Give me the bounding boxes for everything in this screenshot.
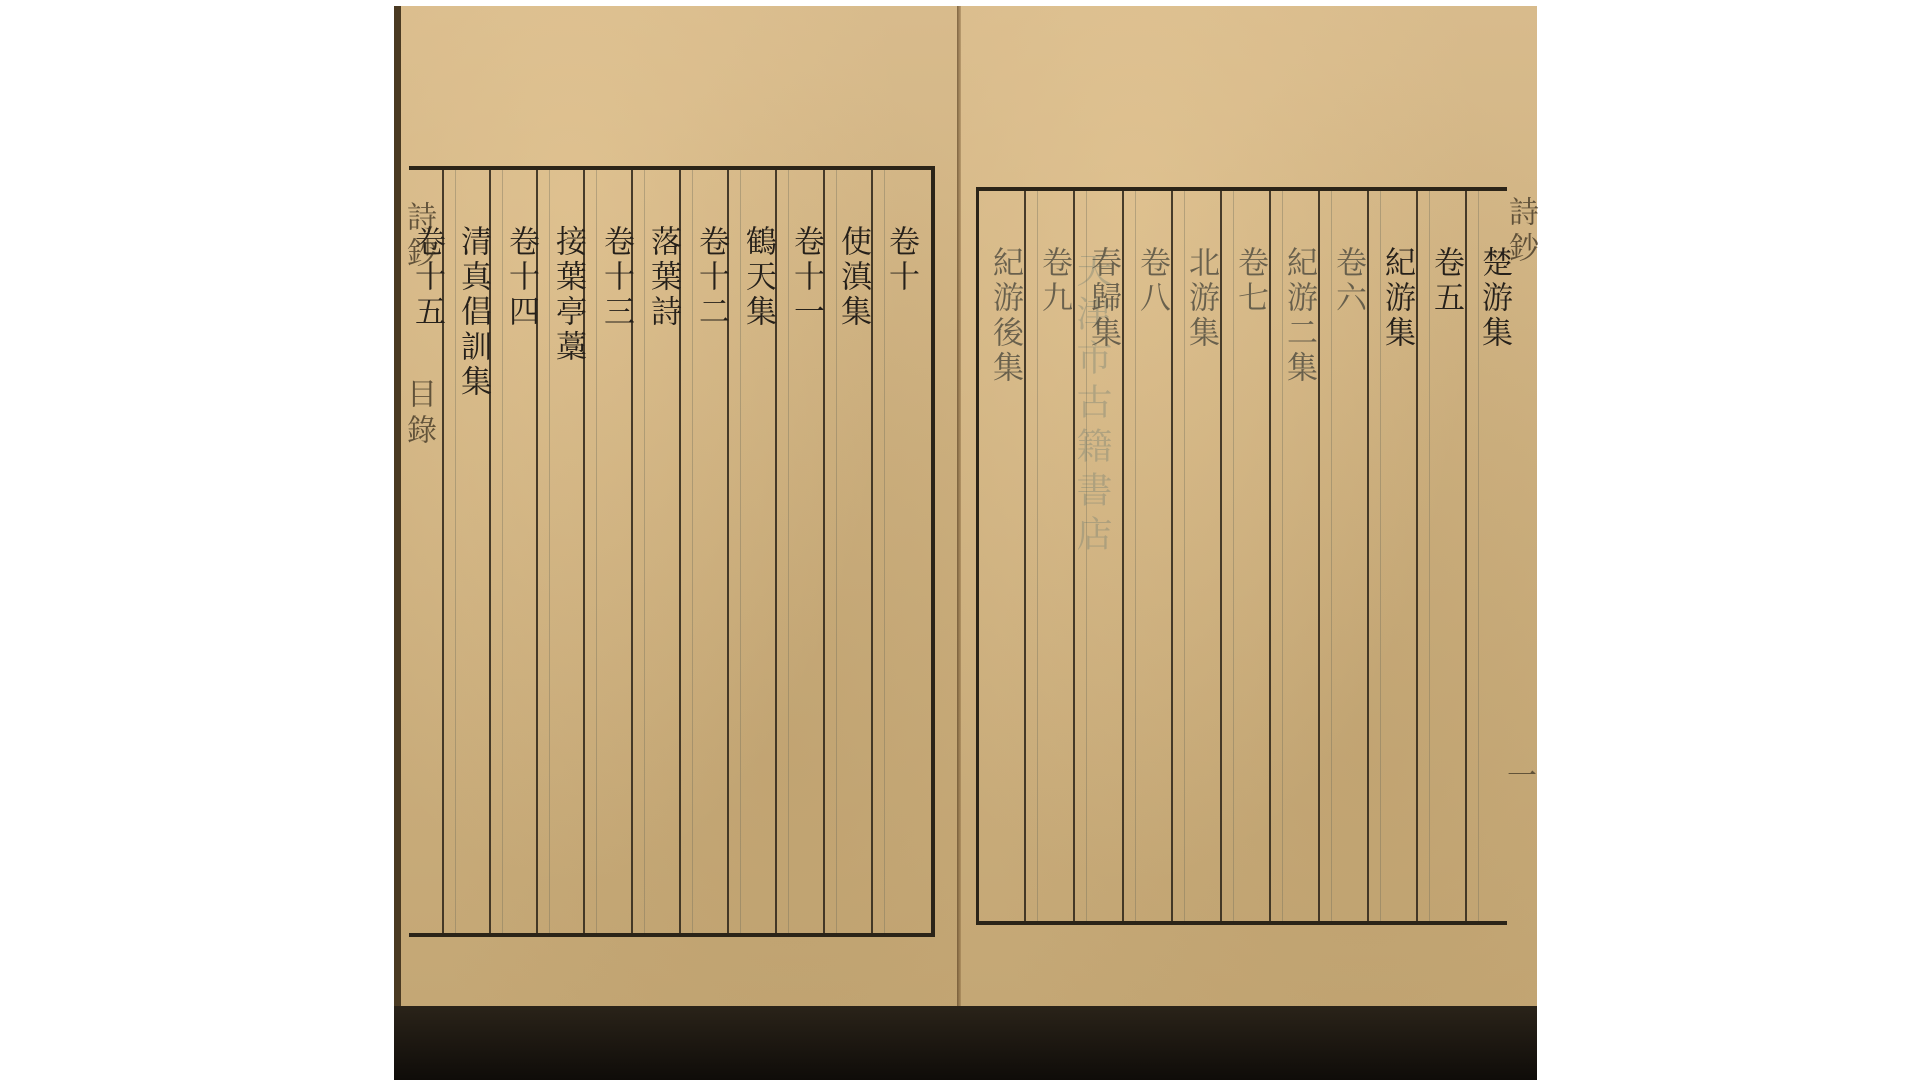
toc-title-luoye-shi: 落葉詩	[641, 225, 685, 330]
scan-bottom-shadow	[394, 1006, 1537, 1080]
toc-volume-8: 卷八	[1130, 246, 1174, 316]
toc-volume-13: 卷十三	[594, 225, 638, 330]
toc-title-shidian-ji: 使滇集	[831, 225, 875, 330]
right-page-frame: 楚游集 卷五 紀游集 卷六 紀游二集 卷七 北游集 卷八 春歸集 卷九 紀游後集	[976, 187, 1507, 925]
open-book: 卷十 使滇集 卷十一 鶴天集 卷十二 落葉詩 卷十三 接葉亭藁 卷十四 清真倡訓…	[394, 6, 1537, 1080]
folio-number: 一	[1507, 751, 1537, 795]
toc-volume-9: 卷九	[1032, 246, 1076, 316]
toc-volume-14: 卷十四	[499, 225, 543, 330]
toc-volume-11: 卷十一	[784, 225, 828, 330]
margin-section-label: 目錄	[403, 378, 433, 450]
margin-book-title-right: 詩鈔	[1505, 196, 1535, 268]
toc-volume-10: 卷十	[879, 225, 923, 295]
toc-title-beiyou-ji: 北游集	[1179, 246, 1223, 351]
toc-volume-6: 卷六	[1326, 246, 1370, 316]
toc-volume-7: 卷七	[1228, 246, 1272, 316]
toc-title-jiyou-houji: 紀游後集	[983, 246, 1027, 386]
toc-title-hetian-ji: 鶴天集	[736, 225, 780, 330]
toc-title-jiyou-erji: 紀游二集	[1277, 246, 1321, 386]
toc-volume-5: 卷五	[1424, 246, 1468, 316]
toc-volume-12: 卷十二	[689, 225, 733, 330]
margin-book-title: 詩鈔	[403, 201, 433, 273]
left-page-frame: 卷十 使滇集 卷十一 鶴天集 卷十二 落葉詩 卷十三 接葉亭藁 卷十四 清真倡訓…	[409, 166, 935, 937]
toc-title-jieyeting-gao: 接葉亭藁	[546, 225, 590, 365]
right-page: 天津市古籍書店 楚游集 卷五 紀游集 卷六 紀游	[961, 6, 1537, 1006]
toc-title-qingzhen-changxun-ji: 清真倡訓集	[451, 225, 495, 400]
toc-title-jiyou-ji: 紀游集	[1375, 246, 1419, 351]
toc-title-chungui-ji: 春歸集	[1081, 246, 1125, 351]
left-page: 卷十 使滇集 卷十一 鶴天集 卷十二 落葉詩 卷十三 接葉亭藁 卷十四 清真倡訓…	[394, 6, 961, 1006]
